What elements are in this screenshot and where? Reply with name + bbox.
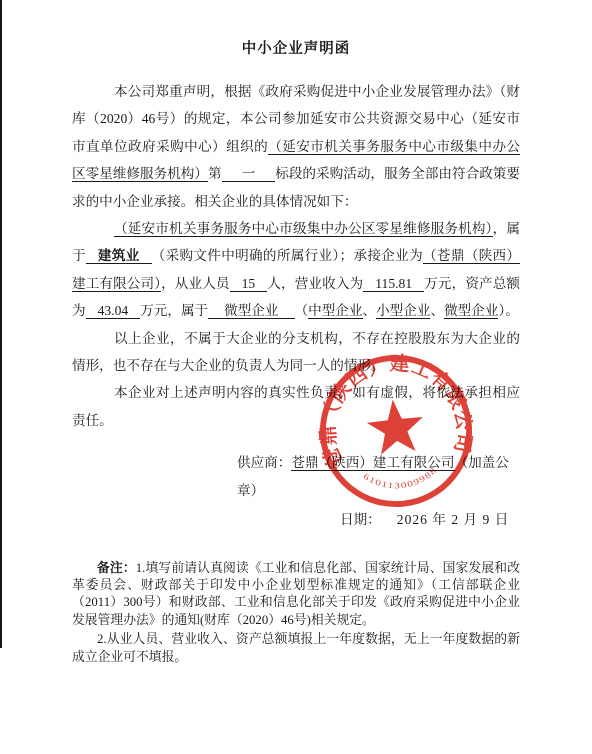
p1-di: 第 — [208, 166, 222, 181]
p2-paren-open: （ — [295, 303, 309, 318]
p2-company-type-blank: 微型企业 — [208, 303, 294, 319]
p2-revenue-blank: 115.81 — [363, 276, 424, 292]
note-1: 备注：1.填写前请认真阅读《工业和信息化部、国家统计局、国家发展和改革委员会、财… — [72, 560, 520, 630]
p2-dot2: 、 — [430, 303, 444, 318]
supplier-label: 供应商： — [237, 455, 291, 470]
paragraph-enterprise-details: （延安市机关事务服务中心市级集中办公区零星维修服务机构），属于建筑业（采购文件中… — [72, 215, 520, 325]
supplier-name: 苍鼎（陕西）建工有限公司 — [291, 455, 454, 471]
p2-staff-label: ，从业人员 — [161, 276, 230, 291]
note-1-text: 1.填写前请认真阅读《工业和信息化部、国家统计局、国家发展和改革委员会、财政部关… — [72, 561, 520, 627]
p2-industry-note: （采购文件中明确的所属行业）；承接企业为 — [152, 248, 423, 263]
p2-type-small: 小型企业 — [376, 303, 430, 319]
declaration-document-page: 中小企业声明函 本公司郑重声明，根据《政府采购促进中小企业发展管理办法》（财库（… — [0, 0, 592, 754]
p2-staff-count-blank: 15 — [230, 276, 268, 292]
p2-industry-blank: 建筑业 — [86, 248, 152, 264]
supplier-line: 供应商：苍鼎（陕西）建工有限公司（加盖公章） — [237, 449, 520, 504]
p2-assets-unit: 万元，属于 — [140, 303, 208, 318]
paragraph-not-large-enterprise: 以上企业，不属于大企业的分支机构，不存在控股股东为大企业的情形，也不存在与大企业… — [72, 325, 520, 380]
p2-assets-blank: 43.04 — [86, 303, 141, 319]
note-2: 2.从业人员、营业收入、资产总额填报上一年度数据，无上一年度数据的新成立企业可不… — [72, 631, 520, 666]
p1-lot-number-blank: 一 — [222, 166, 276, 182]
date-label: 日期： — [340, 512, 381, 527]
p2-dot1: 、 — [363, 303, 377, 318]
document-body: 中小企业声明函 本公司郑重声明，根据《政府采购促进中小企业发展管理办法》（财库（… — [0, 0, 592, 666]
document-title: 中小企业声明函 — [72, 38, 520, 60]
signature-block: 供应商：苍鼎（陕西）建工有限公司（加盖公章） 日期：2026 年 2 月 9 日 — [72, 449, 520, 533]
date-line: 日期：2026 年 2 月 9 日 — [340, 506, 520, 533]
p2-type-medium: 中型企业 — [308, 303, 362, 319]
date-value: 2026 年 2 月 9 日 — [397, 512, 510, 527]
p2-paren-close: ）。 — [498, 303, 518, 318]
paragraph-responsibility: 本企业对上述声明内容的真实性负责。如有虚假，将依法承担相应责任。 — [72, 379, 520, 434]
notes-label: 备注： — [97, 561, 136, 575]
p2-staff-unit: 人，营业收入为 — [267, 276, 363, 291]
paragraph-declaration: 本公司郑重声明，根据《政府采购促进中小企业发展管理办法》（财库（2020）46号… — [72, 78, 520, 215]
scan-edge-artifact — [0, 0, 2, 648]
notes-block: 备注：1.填写前请认真阅读《工业和信息化部、国家统计局、国家发展和改革委员会、财… — [72, 560, 520, 666]
p2-type-micro: 微型企业 — [444, 303, 498, 319]
p2-project-name: （延安市机关事务服务中心市级集中办公区零星维修服务机构） — [114, 221, 493, 237]
